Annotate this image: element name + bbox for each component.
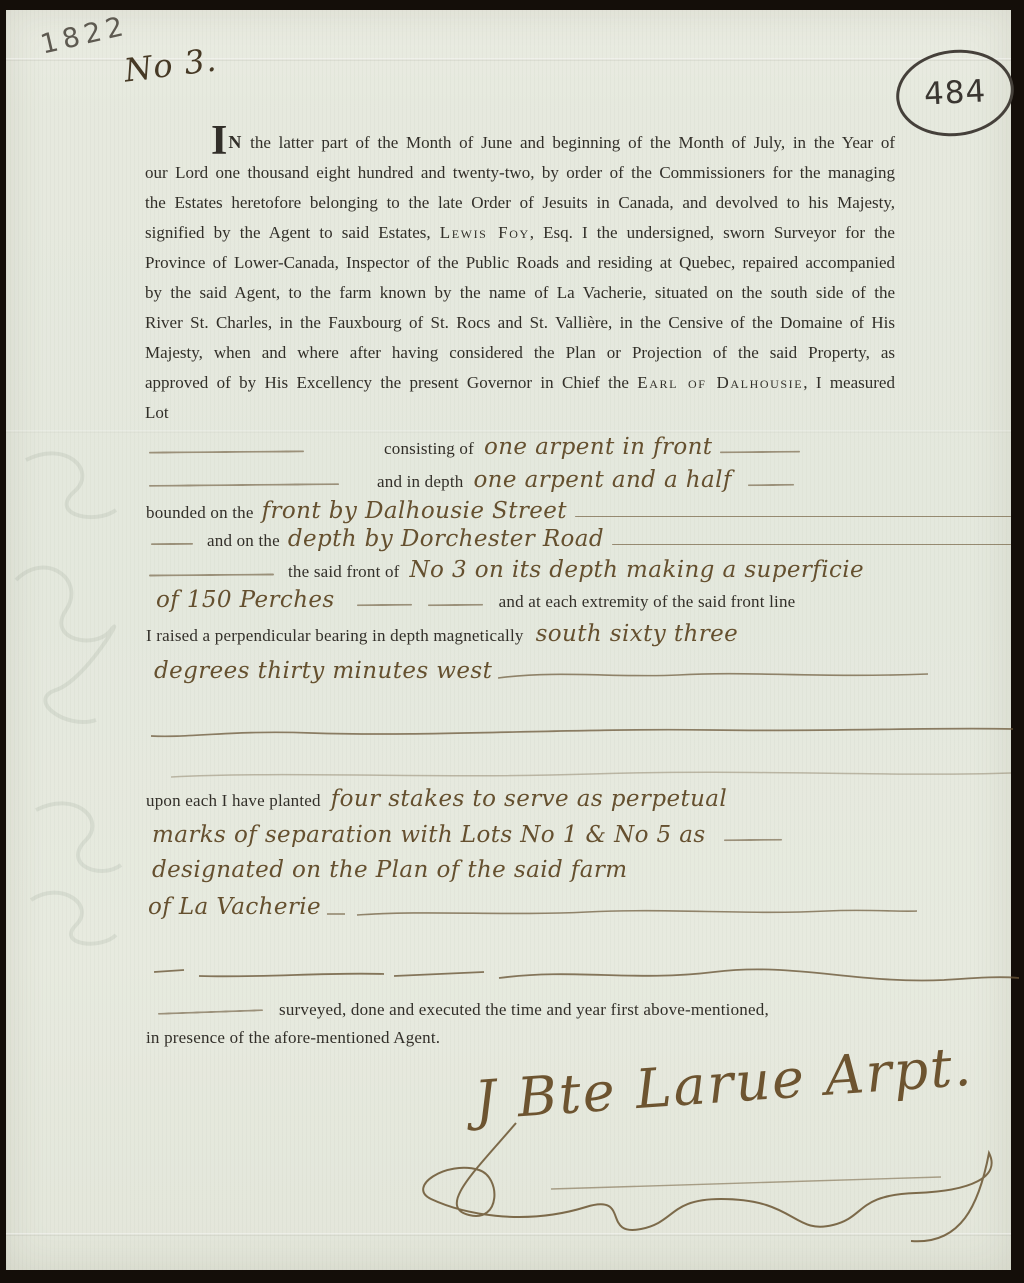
- perches-value: of 150 Perches: [156, 587, 335, 613]
- bearing-label: I raised a perpendicular bearing in dept…: [146, 626, 524, 646]
- form-line-front: the said front of No 3 on its depth maki…: [149, 557, 1014, 583]
- and-on-label: and on the: [207, 531, 280, 551]
- planted-value4: of La Vacherie: [148, 894, 321, 920]
- form-line-perches: of 150 Perches and at each extremity of …: [156, 587, 1016, 613]
- bounded-label: bounded on the: [146, 503, 254, 523]
- and-on-value: depth by Dorchester Road: [288, 526, 604, 552]
- planted-label: upon each I have planted: [146, 791, 321, 811]
- form-line-depth: and in depth one arpent and a half: [149, 467, 1009, 493]
- extremity-label: and at each extremity of the said front …: [499, 592, 796, 612]
- scanned-document: { "annotations": { "year": "1822", "doc_…: [0, 0, 1024, 1283]
- form-line-planted4: of La Vacherie: [148, 894, 1013, 920]
- form-line-bearing2: degrees thirty minutes west: [154, 658, 1014, 684]
- front-value: No 3 on its depth making a superficie: [410, 557, 864, 583]
- consisting-value: one arpent in front: [484, 434, 712, 460]
- page-number-stamp: 484: [891, 43, 1019, 143]
- form-line-planted3: designated on the Plan of the said farm: [152, 857, 1012, 883]
- planted-value2: marks of separation with Lots No 1 & No …: [152, 822, 706, 848]
- printed-body-paragraph: IN the latter part of the Month of June …: [145, 127, 895, 428]
- pen-flourish-line: [498, 668, 928, 682]
- pen-rule-faint: [171, 765, 1011, 783]
- signature-flourish: [401, 1115, 1024, 1265]
- paper-crease-middle: [6, 430, 1011, 433]
- year-annotation: 1822: [38, 10, 131, 60]
- form-line-bounded: bounded on the front by Dalhousie Street: [146, 498, 1011, 524]
- form-line-and-on: and on the depth by Dorchester Road: [151, 526, 1011, 552]
- bounded-value: front by Dalhousie Street: [262, 498, 567, 524]
- pen-rule-wavy: [154, 958, 1019, 988]
- form-line-consisting: consisting of one arpent in front: [149, 434, 1009, 460]
- pen-rule-long: [151, 722, 1013, 742]
- page-number-stamp-value: 484: [923, 73, 987, 112]
- consisting-label: consisting of: [384, 439, 474, 459]
- depth-value: one arpent and a half: [473, 467, 731, 493]
- form-line-closing: surveyed, done and executed the time and…: [158, 1000, 1018, 1020]
- closing-line1: surveyed, done and executed the time and…: [279, 1000, 769, 1020]
- planted-value: four stakes to serve as perpetual: [331, 786, 727, 812]
- bearing-value: south sixty three: [536, 621, 739, 647]
- governor-name: Earl of Dalhousie: [637, 373, 803, 392]
- front-label: the said front of: [288, 562, 400, 582]
- depth-label: and in depth: [377, 472, 463, 492]
- bearing-value2: degrees thirty minutes west: [154, 658, 492, 684]
- agent-name: Lewis Foy: [440, 223, 530, 242]
- planted-value3: designated on the Plan of the said farm: [152, 857, 627, 883]
- form-line-bearing: I raised a perpendicular bearing in dept…: [146, 621, 1011, 647]
- document-number-annotation: No 3.: [122, 40, 219, 89]
- drop-cap: I: [211, 118, 228, 164]
- pen-flourish-line-2: [327, 902, 917, 918]
- ink-bleedthrough-marks: [6, 430, 136, 970]
- closing-line2: in presence of the afore-mentioned Agent…: [146, 1028, 440, 1048]
- form-line-planted: upon each I have planted four stakes to …: [146, 786, 1011, 812]
- document-page: 1822 No 3. 484 IN the latter part of the…: [6, 10, 1011, 1270]
- form-line-planted2: marks of separation with Lots No 1 & No …: [152, 822, 1012, 848]
